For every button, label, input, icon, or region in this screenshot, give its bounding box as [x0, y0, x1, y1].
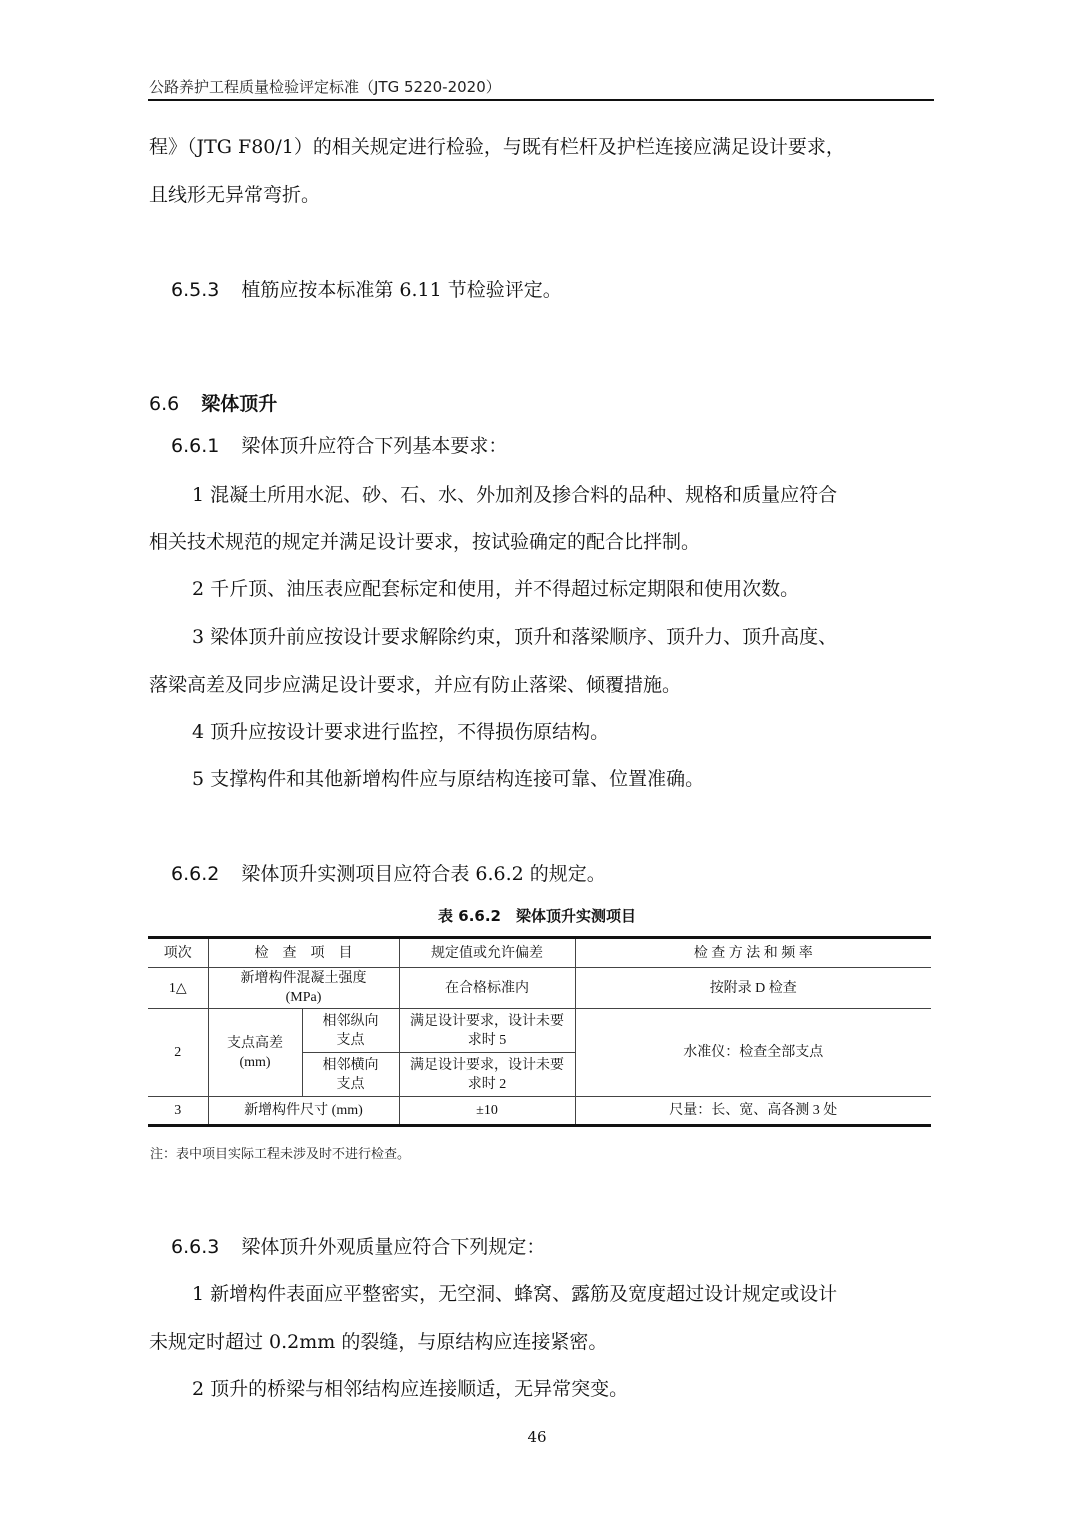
section-heading-6-6: 6.6梁体顶升: [149, 389, 277, 416]
clause-6-5-3: 6.5.3植筋应按本标准第 6.11 节检验评定。: [171, 279, 562, 301]
cell-subitem: 相邻纵向支点: [302, 1009, 399, 1053]
clause-text: 梁体顶升外观质量应符合下列规定：: [241, 1236, 545, 1258]
clause-number: 6.6.1: [171, 435, 219, 457]
clause-text: 植筋应按本标准第 6.11 节检验评定。: [241, 279, 561, 301]
item-number: 3: [192, 626, 204, 648]
header-item: 检 查 项 目: [208, 938, 399, 968]
appearance-item-1-cont: 未规定时超过 0.2mm 的裂缝，与原结构应连接紧密。: [149, 1331, 607, 1353]
item-number: 5: [192, 768, 204, 790]
list-item-2: 2 千斤顶、油压表应配套标定和使用，并不得超过标定期限和使用次数。: [192, 578, 799, 600]
page-number: 46: [0, 1428, 1074, 1446]
list-item-1-cont: 相关技术规范的规定并满足设计要求，按试验确定的配合比拌制。: [149, 531, 700, 553]
cell-tolerance: 满足设计要求，设计未要求时 5: [399, 1009, 575, 1053]
list-item-1: 1 混凝土所用水泥、砂、石、水、外加剂及掺合料的品种、规格和质量应符合: [192, 484, 837, 506]
clause-6-6-2: 6.6.2梁体顶升实测项目应符合表 6.6.2 的规定。: [171, 863, 606, 885]
table-header-row: 项次 检 查 项 目 规定值或允许偏差 检 查 方 法 和 频 率: [148, 938, 931, 968]
continuation-line-1: 程》（JTG F80/1）的相关规定进行检验，与既有栏杆及护栏连接应满足设计要求…: [149, 136, 845, 158]
cell-index: 2: [148, 1009, 208, 1097]
cell-method: 尺量：长、宽、高各测 3 处: [575, 1097, 931, 1126]
clause-number: 6.6.3: [171, 1236, 219, 1258]
item-number: 4: [192, 721, 204, 743]
clause-number: 6.5.3: [171, 279, 219, 301]
item-text: 混凝土所用水泥、砂、石、水、外加剂及掺合料的品种、规格和质量应符合: [210, 484, 837, 506]
header-rule: [148, 99, 934, 101]
section-title: 梁体顶升: [201, 393, 277, 415]
item-text: 新增构件表面应平整密实，无空洞、蜂窝、露筋及宽度超过设计规定或设计: [210, 1283, 837, 1305]
inspection-table: 项次 检 查 项 目 规定值或允许偏差 检 查 方 法 和 频 率 1△ 新增构…: [148, 936, 931, 1127]
list-item-5: 5 支撑构件和其他新增构件应与原结构连接可靠、位置准确。: [192, 768, 704, 790]
cell-item: 支点高差 (mm): [208, 1009, 302, 1097]
item-number: 1: [192, 1283, 204, 1305]
item-text: 梁体顶升前应按设计要求解除约束，顶升和落梁顺序、顶升力、顶升高度、: [210, 626, 837, 648]
cell-subitem: 相邻横向支点: [302, 1053, 399, 1097]
clause-6-6-1: 6.6.1梁体顶升应符合下列基本要求：: [171, 435, 507, 457]
table-row: 3 新增构件尺寸 (mm) ±10 尺量：长、宽、高各测 3 处: [148, 1097, 931, 1126]
list-item-3: 3 梁体顶升前应按设计要求解除约束，顶升和落梁顺序、顶升力、顶升高度、: [192, 626, 837, 648]
header-index: 项次: [148, 938, 208, 968]
table-row: 2 支点高差 (mm) 相邻纵向支点 满足设计要求，设计未要求时 5 水准仪：检…: [148, 1009, 931, 1053]
cell-method: 水准仪：检查全部支点: [575, 1009, 931, 1097]
table-row: 1△ 新增构件混凝土强度 (MPa) 在合格标准内 按附录 D 检查: [148, 968, 931, 1009]
clause-text: 梁体顶升实测项目应符合表 6.6.2 的规定。: [241, 863, 605, 885]
item-text: 千斤顶、油压表应配套标定和使用，并不得超过标定期限和使用次数。: [210, 578, 799, 600]
cell-tolerance: 在合格标准内: [399, 968, 575, 1009]
header-tolerance: 规定值或允许偏差: [399, 938, 575, 968]
table-note: 注：表中项目实际工程未涉及时不进行检查。: [150, 1143, 410, 1162]
cell-tolerance: ±10: [399, 1097, 575, 1126]
list-item-3-cont: 落梁高差及同步应满足设计要求，并应有防止落梁、倾覆措施。: [149, 674, 681, 696]
appearance-item-1: 1 新增构件表面应平整密实，无空洞、蜂窝、露筋及宽度超过设计规定或设计: [192, 1283, 837, 1305]
continuation-line-2: 且线形无异常弯折。: [149, 184, 320, 206]
cell-item: 新增构件尺寸 (mm): [208, 1097, 399, 1126]
running-header: 公路养护工程质量检验评定标准（JTG 5220-2020）: [149, 76, 501, 97]
item-number: 1: [192, 484, 204, 506]
cell-index: 1△: [148, 968, 208, 1009]
list-item-4: 4 顶升应按设计要求进行监控，不得损伤原结构。: [192, 721, 609, 743]
appearance-item-2: 2 顶升的桥梁与相邻结构应连接顺适，无异常突变。: [192, 1378, 628, 1400]
clause-6-6-3: 6.6.3梁体顶升外观质量应符合下列规定：: [171, 1236, 545, 1258]
cell-item: 新增构件混凝土强度 (MPa): [208, 968, 399, 1009]
clause-number: 6.6.2: [171, 863, 219, 885]
header-method: 检 查 方 法 和 频 率: [575, 938, 931, 968]
item-text: 支撑构件和其他新增构件应与原结构连接可靠、位置准确。: [210, 768, 704, 790]
item-number: 2: [192, 578, 204, 600]
cell-index: 3: [148, 1097, 208, 1126]
item-text: 顶升应按设计要求进行监控，不得损伤原结构。: [210, 721, 609, 743]
clause-text: 梁体顶升应符合下列基本要求：: [241, 435, 507, 457]
cell-tolerance: 满足设计要求，设计未要求时 2: [399, 1053, 575, 1097]
table-caption: 表 6.6.2 梁体顶升实测项目: [0, 905, 1074, 926]
cell-method: 按附录 D 检查: [575, 968, 931, 1009]
item-number: 2: [192, 1378, 204, 1400]
section-number: 6.6: [149, 393, 179, 415]
item-text: 顶升的桥梁与相邻结构应连接顺适，无异常突变。: [210, 1378, 628, 1400]
